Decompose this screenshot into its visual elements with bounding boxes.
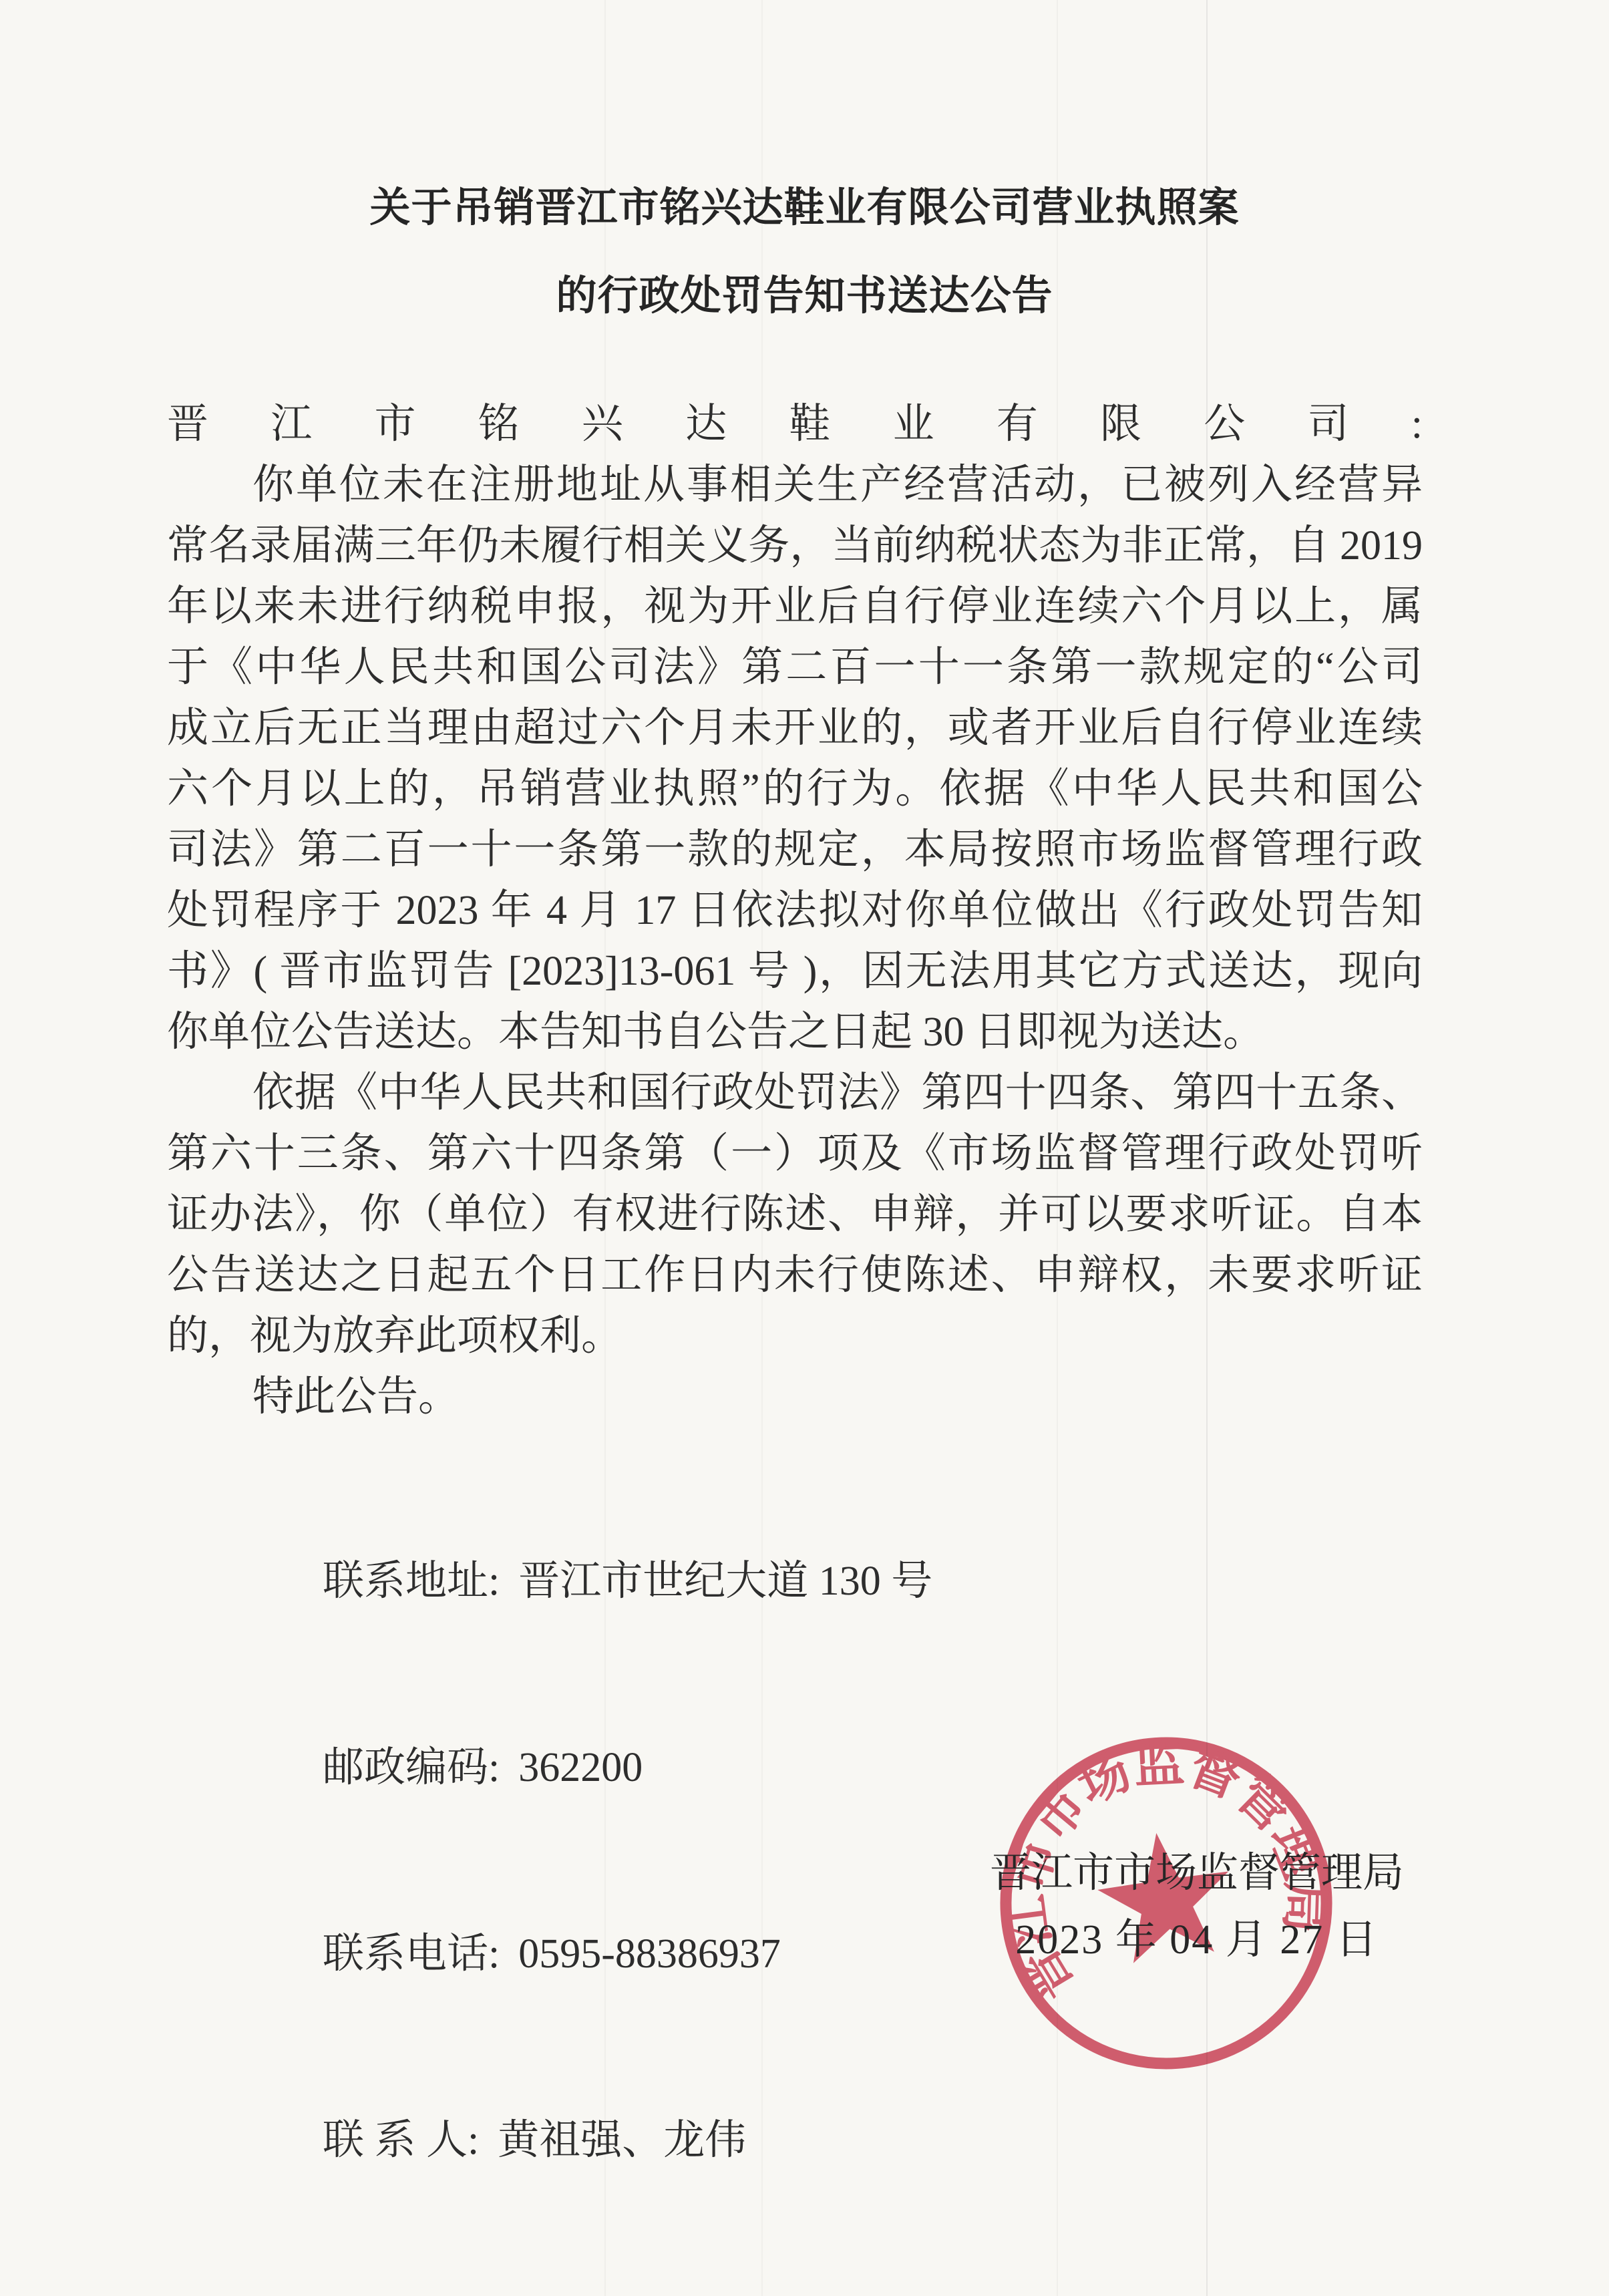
contact-block: 联系地址:晋江市世纪大道 130 号 邮政编码:362200 联系电话:0595… [260,1488,932,2234]
document-body: 晋江市铭兴达鞋业有限公司: 你单位未在注册地址从事相关生产经营活动，已被列入经营… [167,394,1423,1428]
scanned-notice-page: 关于吊销晋江市铭兴达鞋业有限公司营业执照案 的行政处罚告知书送达公告 晋江市铭兴… [0,0,1609,2296]
signature-block: 晋江市市场监督管理局 2023 年 04 月 27 日 [976,1840,1417,1973]
addressee-line: 晋江市铭兴达鞋业有限公司: [167,394,1423,455]
text-line: 年以来未进行纳税申报，视为开业后自行停业连续六个月以上，属 [167,577,1423,637]
text-line: 司法》第二百一十一条第一款的规定，本局按照市场监督管理行政 [167,820,1423,880]
contact-address-label: 联系地址: [323,1559,500,1604]
document-title-line2: 的行政处罚告知书送达公告 [0,253,1609,341]
text-line: 依据《中华人民共和国行政处罚法》第四十四条、第四十五条、 [167,1063,1423,1124]
text-line: 的，视为放弃此项权利。 [167,1306,1423,1367]
contact-phone-label: 联系电话: [323,1931,500,1977]
paragraph-2: 依据《中华人民共和国行政处罚法》第四十四条、第四十五条、第六十三条、第六十四条第… [167,1063,1423,1367]
text-line: 处罚程序于 2023 年 4 月 17 日依法拟对你单位做出《行政处罚告知 [167,880,1423,941]
text-line: 第六十三条、第六十四条第（一）项及《市场监督管理行政处罚听 [167,1124,1423,1184]
text-line: 你单位公告送达。本告知书自公告之日起 30 日即视为送达。 [167,1002,1423,1063]
contact-phone-row: 联系电话:0595-88386937 [260,1861,932,2047]
contact-phone-value: 0595-88386937 [518,1931,781,1977]
contact-person-row: 联 系 人:黄祖强、龙伟 [260,2047,932,2234]
text-line: 成立后无正当理由超过六个月未开业的，或者开业后自行停业连续 [167,698,1423,759]
text-line: 常名录届满三年仍未履行相关义务，当前纳税状态为非正常，自 2019 [167,516,1423,577]
text-line: 公告送达之日起五个日工作日内未行使陈述、申辩权，未要求听证 [167,1245,1423,1306]
text-line: 于《中华人民共和国公司法》第二百一十一条第一款规定的“公司 [167,637,1423,698]
issue-date: 2023 年 04 月 27 日 [976,1907,1417,1973]
contact-person-label: 联 系 人: [323,2118,479,2163]
text-line: 证办法》，你（单位）有权进行陈述、申辩，并可以要求听证。自本 [167,1184,1423,1245]
contact-address-value: 晋江市世纪大道 130 号 [518,1559,932,1604]
text-line: 六个月以上的，吊销营业执照”的行为。依据《中华人民共和国公 [167,759,1423,820]
document-title: 关于吊销晋江市铭兴达鞋业有限公司营业执照案 的行政处罚告知书送达公告 [0,164,1609,341]
contact-postcode-label: 邮政编码: [323,1745,500,1790]
text-line: 书》( 晋市监罚告 [2023]13-061 号 )，因无法用其它方式送达，现向 [167,941,1423,1002]
contact-address-row: 联系地址:晋江市世纪大道 130 号 [260,1488,932,1675]
document-title-line1: 关于吊销晋江市铭兴达鞋业有限公司营业执照案 [0,164,1609,253]
closing-line: 特此公告。 [167,1367,1423,1428]
paragraph-1: 你单位未在注册地址从事相关生产经营活动，已被列入经营异常名录届满三年仍未履行相关… [167,455,1423,1063]
contact-person-value: 黄祖强、龙伟 [498,2118,746,2163]
text-line: 你单位未在注册地址从事相关生产经营活动，已被列入经营异 [167,455,1423,516]
contact-postcode-value: 362200 [518,1745,643,1790]
issuing-agency: 晋江市市场监督管理局 [976,1840,1417,1907]
contact-postcode-row: 邮政编码:362200 [260,1675,932,1861]
text-line: 特此公告。 [167,1367,1423,1428]
